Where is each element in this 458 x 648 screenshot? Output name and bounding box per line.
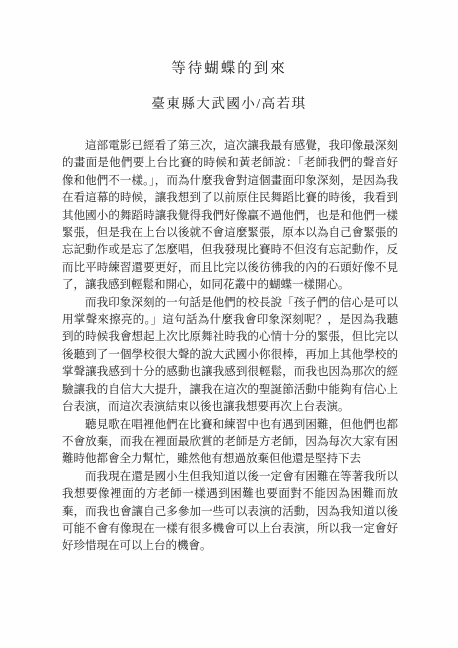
essay-paragraph-3: 聽見歌在唱裡他們在比賽和練習中也有遇到困難，但他們也都不會放棄，而我在裡面最欣賞… (62, 417, 398, 469)
essay-byline: 臺東縣大武國小/高若琪 (0, 95, 458, 112)
essay-title: 等待蝴蝶的到來 (0, 0, 458, 78)
essay-paragraph-2: 而我印象深刻的一句話是他們的校長說「孩子們的信心是可以用掌聲來擦亮的。」這句話為… (62, 295, 398, 417)
essay-paragraph-4: 而我現在還是國小生但我知道以後一定會有困難在等著我所以我想要像裡面的方老師一樣遇… (62, 469, 398, 556)
essay-body: 這部電影已經看了第三次，這次讓我最有感覺，我印像最深刻的畫面是他們要上台比賽的時… (62, 138, 398, 556)
document-page: 等待蝴蝶的到來 臺東縣大武國小/高若琪 這部電影已經看了第三次，這次讓我最有感覺… (0, 0, 458, 648)
essay-paragraph-1: 這部電影已經看了第三次，這次讓我最有感覺，我印像最深刻的畫面是他們要上台比賽的時… (62, 138, 398, 295)
